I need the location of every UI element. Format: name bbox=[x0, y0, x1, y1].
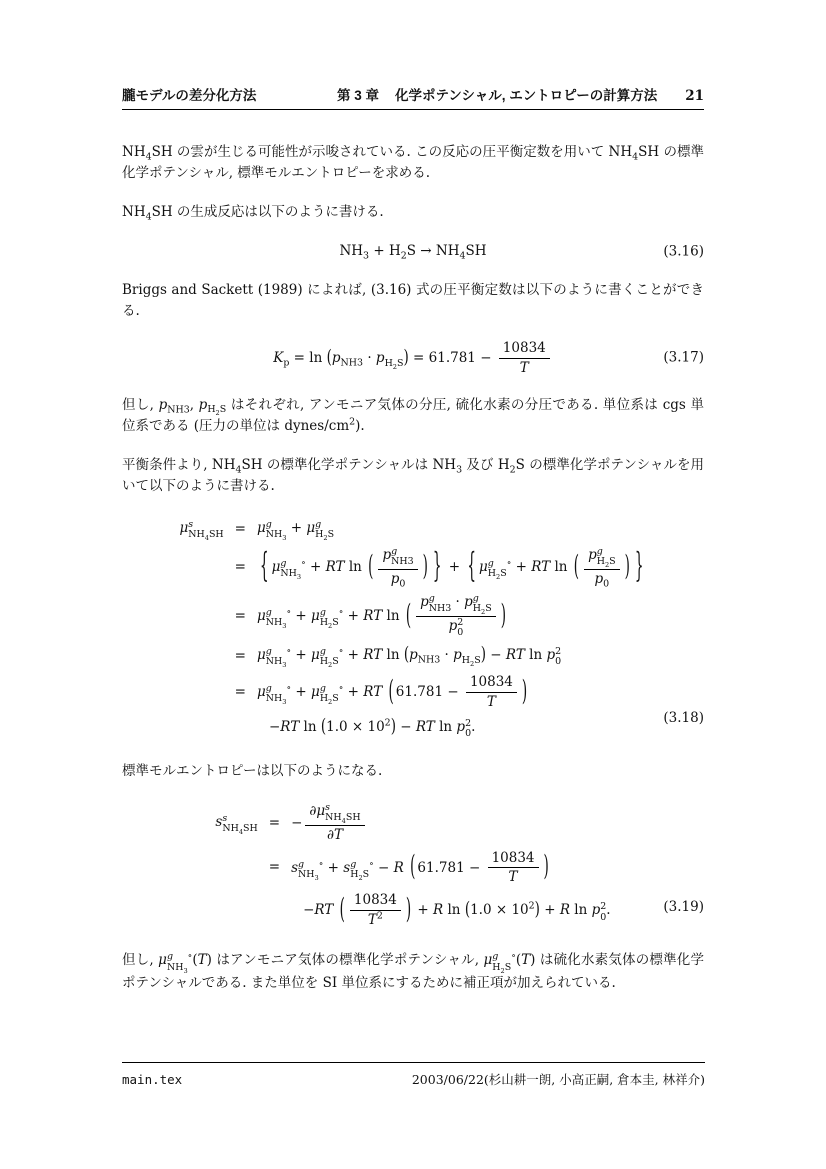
equation-row: −RT (10834T2) + R ln (1.0 × 102) + R ln … bbox=[215, 889, 610, 932]
equation-3-18: μsNH4SH=μgNH3 + μgH2S ={μgNH3∘ + RT ln (… bbox=[122, 515, 704, 743]
equation-row: =sgNH3∘ + sgH2S∘ − R (61.781 − 10834T) bbox=[215, 847, 610, 890]
equation-row: −RT ln (1.0 × 102) − RT ln p20. bbox=[179, 714, 646, 743]
equation-3-17-body: Kp = ln (pNH3 · pH2S) = 61.781 − 10834T bbox=[273, 340, 553, 377]
equation-3-19-rows: ssNH4SH=−∂μsNH4SH∂T =sgNH3∘ + sgH2S∘ − R… bbox=[215, 800, 610, 932]
equation-3-17-tag: (3.17) bbox=[663, 348, 704, 369]
paragraph-units-cgs: 但し, pNH3, pH2S はそれぞれ, アンモニア気体の分圧, 硫化水素の分… bbox=[122, 395, 704, 437]
equation-3-18-tag: (3.18) bbox=[663, 708, 704, 729]
equation-3-16-tag: (3.16) bbox=[663, 241, 704, 262]
equation-row: =μgNH3∘ + μgH2S∘ + RT (61.781 − 10834T) bbox=[179, 671, 646, 714]
page-footer: main.tex 2003/06/22(杉山耕一朗, 小高正嗣, 倉本圭, 林祥… bbox=[122, 1062, 705, 1088]
paragraph-intro: NH4SH の雲が生じる可能性が示唆されている. この反応の圧平衡定数を用いて … bbox=[122, 142, 704, 184]
page-header: 朧モデルの差分化方法 第 3 章 化学ポテンシャル, エントロピーの計算方法 2… bbox=[122, 84, 704, 110]
equation-row: ssNH4SH=−∂μsNH4SH∂T bbox=[215, 800, 610, 847]
paragraph-entropy-lead: 標準モルエントロピーは以下のようになる. bbox=[122, 761, 704, 782]
equation-row: μsNH4SH=μgNH3 + μgH2S bbox=[179, 515, 646, 544]
equation-row: =μgNH3∘ + μgH2S∘ + RT ln (pNH3 · pH2S) −… bbox=[179, 642, 646, 671]
paragraph-reaction-lead: NH4SH の生成反応は以下のように書ける. bbox=[122, 202, 704, 223]
equation-row: =μgNH3∘ + μgH2S∘ + RT ln (pgNH3 · pgH2Sp… bbox=[179, 591, 646, 642]
equation-3-19-tag: (3.19) bbox=[663, 897, 704, 918]
footer-date-authors: 2003/06/22(杉山耕一朗, 小高正嗣, 倉本圭, 林祥介) bbox=[412, 1070, 705, 1088]
paragraph-equilibrium-lead: 平衡条件より, NH4SH の標準化学ポテンシャルは NH3 及び H2S の標… bbox=[122, 455, 704, 497]
document-page: 朧モデルの差分化方法 第 3 章 化学ポテンシャル, エントロピーの計算方法 2… bbox=[0, 0, 826, 1169]
paragraph-briggs-sackett: Briggs and Sackett (1989) によれば, (3.16) 式… bbox=[122, 280, 704, 322]
equation-3-16: NH3 + H2S → NH4SH (3.16) bbox=[122, 241, 704, 262]
chapter-heading: 第 3 章 化学ポテンシャル, エントロピーの計算方法 bbox=[337, 84, 657, 104]
footer-filename: main.tex bbox=[122, 1072, 182, 1087]
equation-3-18-rows: μsNH4SH=μgNH3 + μgH2S ={μgNH3∘ + RT ln (… bbox=[179, 515, 646, 743]
equation-3-19: ssNH4SH=−∂μsNH4SH∂T =sgNH3∘ + sgH2S∘ − R… bbox=[122, 800, 704, 932]
chapter-title: 化学ポテンシャル, エントロピーの計算方法 bbox=[395, 84, 657, 104]
equation-3-16-body: NH3 + H2S → NH4SH bbox=[339, 241, 486, 262]
page-number: 21 bbox=[685, 88, 704, 104]
running-title: 朧モデルの差分化方法 bbox=[122, 84, 256, 104]
paragraph-closing: 但し, μgNH3∘(T) はアンモニア気体の標準化学ポテンシャル, μgH2S… bbox=[122, 950, 704, 994]
equation-3-17: Kp = ln (pNH3 · pH2S) = 61.781 − 10834T … bbox=[122, 340, 704, 377]
equation-row: ={μgNH3∘ + RT ln (pgNH3p0)} + {μgH2S∘ + … bbox=[179, 544, 646, 591]
page-body: NH4SH の雲が生じる可能性が示唆されている. この反応の圧平衡定数を用いて … bbox=[122, 142, 704, 1012]
chapter-label: 第 3 章 bbox=[337, 84, 379, 104]
